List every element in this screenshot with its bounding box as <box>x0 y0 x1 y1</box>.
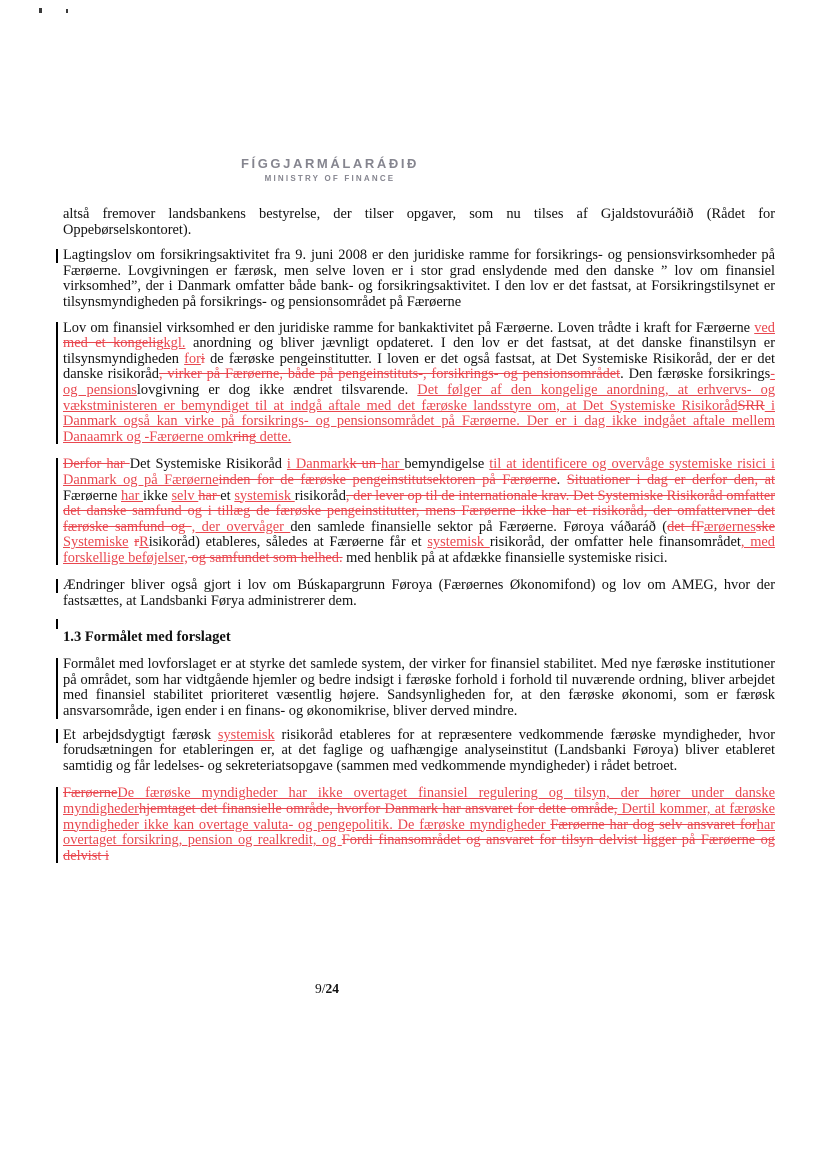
letterhead: FÍGGJARMÁLARÁÐIÐ MINISTRY OF FINANCE <box>230 156 430 183</box>
deleted-text: , virker på Færøerne, både på pengeinsti… <box>159 366 620 382</box>
page-total: 24 <box>326 981 340 996</box>
body-text: altså fremover landsbankens bestyrelse, … <box>63 206 775 238</box>
inserted-text: Systemiske <box>63 534 129 550</box>
body-text: Lov om finansiel virksomhed er den jurid… <box>63 320 754 336</box>
body-text: Formålet med lovforslaget er at styrke d… <box>63 656 775 719</box>
body-text: isikoråd) etableres, således at Færøerne… <box>149 534 428 550</box>
body-text: Det Systemiske Risikoråd <box>130 456 287 472</box>
inserted-text: R <box>139 534 149 550</box>
body-text: bemyndigelse <box>404 456 489 472</box>
deleted-text: inden for de færøske pengeinstitutsektor… <box>218 472 556 488</box>
paragraph: Ændringer bliver også gjort i lov om Bús… <box>63 578 775 609</box>
document-body: altså fremover landsbankens bestyrelse, … <box>63 207 775 874</box>
inserted-text: , der overvåger <box>192 519 291 535</box>
body-text: risikoråd, der omfatter hele finansområd… <box>490 534 741 550</box>
body-text: Lagtingslov om forsikringsaktivitet fra … <box>63 247 775 310</box>
inserted-text: for <box>184 351 201 367</box>
body-text: risikoråd <box>295 488 346 504</box>
page-current: 9 <box>315 981 322 996</box>
deleted-text: ring <box>233 429 256 445</box>
deleted-text: har <box>198 488 220 504</box>
body-text: ikke <box>143 488 171 504</box>
paragraph: FærøerneDe færøske myndigheder har ikke … <box>63 786 775 864</box>
inserted-text: selv <box>171 488 198 504</box>
inserted-text: i Danmark <box>287 456 350 472</box>
paragraph: Lov om finansiel virksomhed er den jurid… <box>63 321 775 446</box>
body-text: . <box>557 472 567 488</box>
body-text: lovgivning er dog ikke ændret tilsvarend… <box>137 382 417 398</box>
deleted-text: SRR <box>738 398 765 414</box>
deleted-text: Færøerne har dog selv ansvaret for <box>550 817 756 833</box>
scan-speck <box>39 8 42 13</box>
section-heading: 1.3 Formålet med forslaget <box>63 630 775 646</box>
body-text: den samlede finansielle sektor på Færøer… <box>290 519 667 535</box>
deleted-text: k un <box>349 456 381 472</box>
scan-speck <box>66 9 68 13</box>
paragraph: Derfor har Det Systemiske Risikoråd i Da… <box>63 457 775 566</box>
body-text: . Den færøske forsikrings <box>620 366 770 382</box>
inserted-text: systemisk <box>234 488 294 504</box>
body-text: et <box>220 488 234 504</box>
paragraph: altså fremover landsbankens bestyrelse, … <box>63 207 775 238</box>
body-text: Ændringer bliver også gjort i lov om Bús… <box>63 577 775 609</box>
inserted-text: systemisk <box>218 727 275 743</box>
deleted-text: Situationer i dag er derfor den, at <box>567 472 775 488</box>
deleted-text: og samfundet som helhed. <box>188 550 343 566</box>
inserted-text: systemisk <box>427 534 490 550</box>
body-text: med henblik på at afdække finansielle sy… <box>343 550 668 566</box>
body-text: Et arbejdsdygtigt færøsk <box>63 727 218 743</box>
deleted-text: med et kongelig <box>63 335 163 351</box>
deleted-text: det fF <box>667 519 704 535</box>
document-page: FÍGGJARMÁLARÁÐIÐ MINISTRY OF FINANCE alt… <box>0 0 828 1169</box>
deleted-text: Derfor har <box>63 456 130 472</box>
page-number: 9/24 <box>292 981 362 997</box>
deleted-content-spacer <box>63 618 775 630</box>
inserted-text: har <box>381 456 404 472</box>
paragraph: Lagtingslov om forsikringsaktivitet fra … <box>63 248 775 310</box>
deleted-text: ske <box>756 519 775 535</box>
deleted-text: hjemtaget det finansielle område, hvorfo… <box>139 801 617 817</box>
inserted-text: ved <box>754 320 775 336</box>
deleted-text: Færøerne <box>63 785 117 801</box>
ministry-subtitle: MINISTRY OF FINANCE <box>230 174 430 183</box>
ministry-name: FÍGGJARMÁLARÁÐIÐ <box>230 156 430 171</box>
inserted-text: dette. <box>256 429 291 445</box>
inserted-text: kgl. <box>163 335 185 351</box>
inserted-text: ærøernes <box>704 519 756 535</box>
paragraph: Et arbejdsdygtigt færøsk systemisk risik… <box>63 728 775 775</box>
inserted-text: har <box>121 488 143 504</box>
body-text: Færøerne <box>63 488 121 504</box>
paragraph: Formålet med lovforslaget er at styrke d… <box>63 657 775 719</box>
